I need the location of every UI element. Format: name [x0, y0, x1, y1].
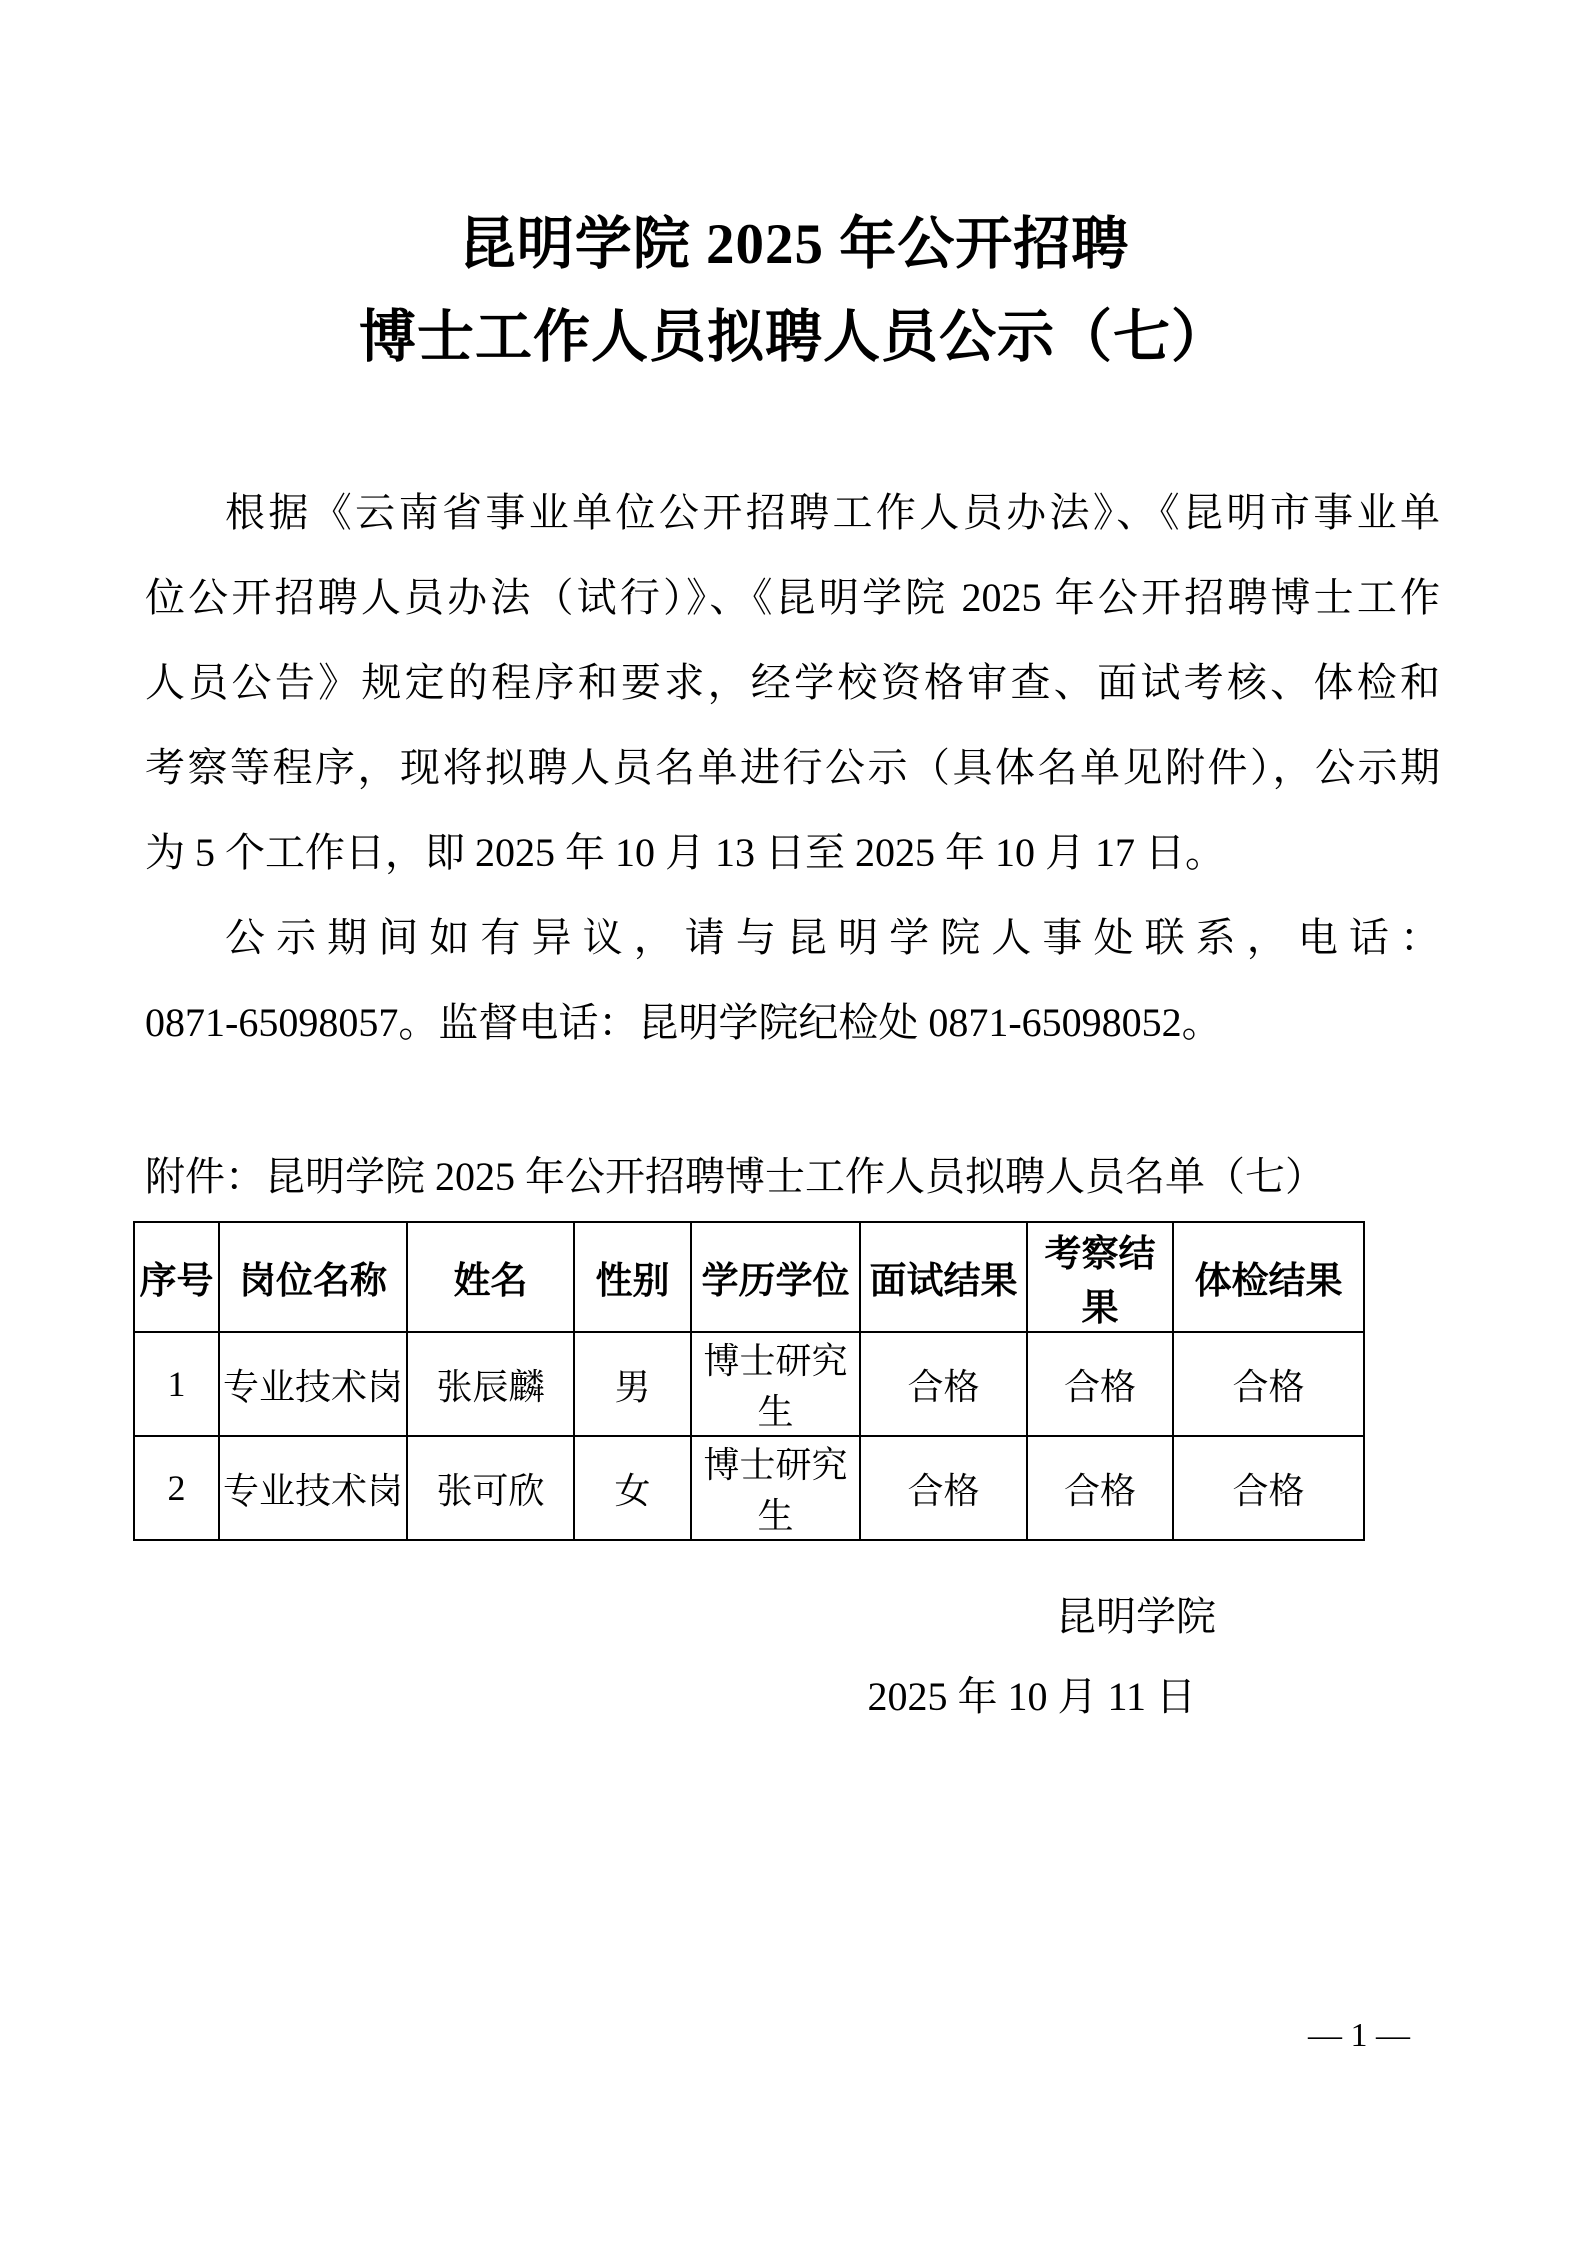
cell-interview-result: 合格	[860, 1332, 1027, 1436]
header-name: 姓名	[407, 1222, 574, 1332]
paragraph2-line1: 公示期间如有异议，请与昆明学院人事处联系，电话：	[145, 895, 1440, 980]
paragraph1-line5: 为 5 个工作日，即 2025 年 10 月 13 日至 2025 年 10 月…	[145, 810, 1440, 895]
header-gender: 性别	[574, 1222, 691, 1332]
cell-serial-number: 2	[134, 1436, 219, 1540]
paragraph1-line4: 考察等程序，现将拟聘人员名单进行公示（具体名单见附件），公示期	[145, 725, 1440, 810]
roster-table: 序号 岗位名称 姓名 性别 学历学位 面试结果 考察结果 体检结果 1 专业技术…	[133, 1221, 1365, 1541]
header-education-degree: 学历学位	[691, 1222, 860, 1332]
cell-name: 张可欣	[407, 1436, 574, 1540]
roster-table-container: 序号 岗位名称 姓名 性别 学历学位 面试结果 考察结果 体检结果 1 专业技术…	[133, 1221, 1588, 1541]
cell-inspection-result: 合格	[1027, 1436, 1173, 1540]
cell-serial-number: 1	[134, 1332, 219, 1436]
document-title: 昆明学院 2025 年公开招聘 博士工作人员拟聘人员公示（七）	[0, 0, 1588, 384]
cell-name: 张辰麟	[407, 1332, 574, 1436]
document-title-line2: 博士工作人员拟聘人员公示（七）	[0, 291, 1588, 384]
signature-organization: 昆明学院	[0, 1577, 1216, 1657]
cell-education-degree: 博士研究生	[691, 1436, 860, 1540]
table-row: 1 专业技术岗 张辰麟 男 博士研究生 合格 合格 合格	[134, 1332, 1364, 1436]
cell-interview-result: 合格	[860, 1436, 1027, 1540]
paragraph1-line2: 位公开招聘人员办法（试行）》、《昆明学院 2025 年公开招聘博士工作	[145, 555, 1440, 640]
header-inspection-result: 考察结果	[1027, 1222, 1173, 1332]
cell-position-name: 专业技术岗	[219, 1436, 407, 1540]
cell-position-name: 专业技术岗	[219, 1332, 407, 1436]
header-position-name: 岗位名称	[219, 1222, 407, 1332]
cell-gender: 女	[574, 1436, 691, 1540]
attachment-caption: 附件：昆明学院 2025 年公开招聘博士工作人员拟聘人员名单（七）	[145, 1149, 1528, 1205]
page-number: — 1 —	[1308, 2012, 1410, 2060]
header-physical-result: 体检结果	[1173, 1222, 1364, 1332]
cell-inspection-result: 合格	[1027, 1332, 1173, 1436]
header-interview-result: 面试结果	[860, 1222, 1027, 1332]
table-header-row: 序号 岗位名称 姓名 性别 学历学位 面试结果 考察结果 体检结果	[134, 1222, 1364, 1332]
table-row: 2 专业技术岗 张可欣 女 博士研究生 合格 合格 合格	[134, 1436, 1364, 1540]
header-serial-number: 序号	[134, 1222, 219, 1332]
paragraph1-line1: 根据《云南省事业单位公开招聘工作人员办法》、《昆明市事业单	[145, 470, 1440, 555]
cell-gender: 男	[574, 1332, 691, 1436]
document-page: 昆明学院 2025 年公开招聘 博士工作人员拟聘人员公示（七） 根据《云南省事业…	[0, 0, 1588, 2244]
document-body: 根据《云南省事业单位公开招聘工作人员办法》、《昆明市事业单 位公开招聘人员办法（…	[145, 470, 1440, 1065]
signature-date: 2025 年 10 月 11 日	[0, 1657, 1196, 1737]
document-title-line1: 昆明学院 2025 年公开招聘	[0, 198, 1588, 291]
paragraph1-line3: 人员公告》规定的程序和要求，经学校资格审查、面试考核、体检和	[145, 640, 1440, 725]
cell-physical-result: 合格	[1173, 1332, 1364, 1436]
cell-education-degree: 博士研究生	[691, 1332, 860, 1436]
paragraph2-line2: 0871-65098057。监督电话：昆明学院纪检处 0871-65098052…	[145, 980, 1440, 1065]
signature-block: 昆明学院 2025 年 10 月 11 日	[0, 1577, 1588, 1737]
cell-physical-result: 合格	[1173, 1436, 1364, 1540]
